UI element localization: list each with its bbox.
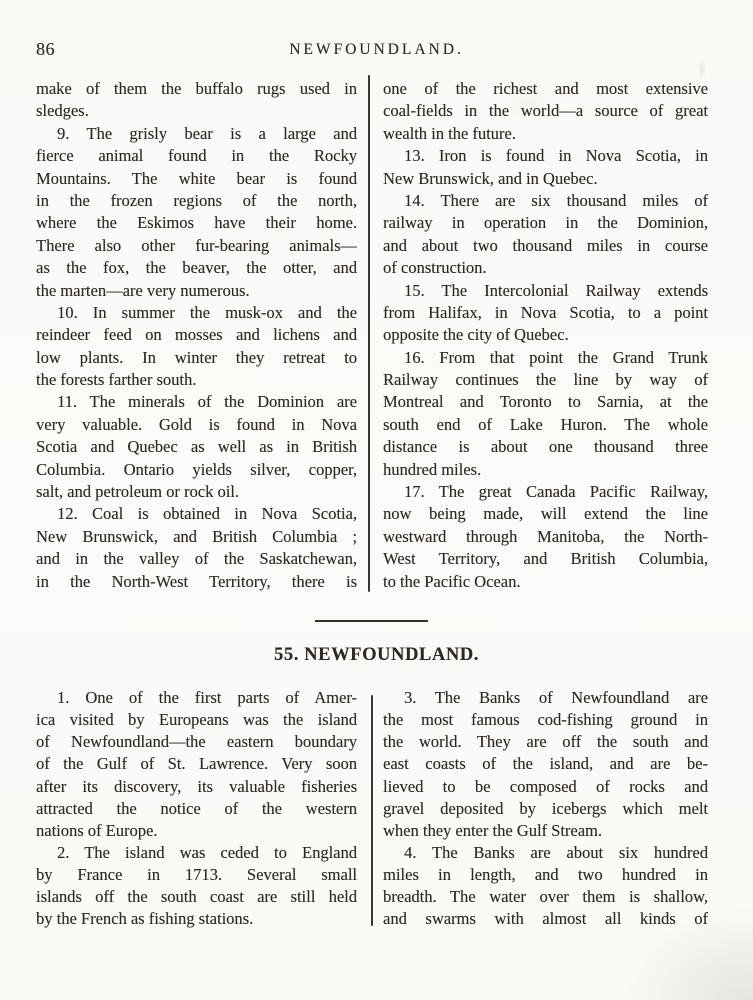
text-line: the most famous cod-fishing ground in <box>383 709 708 731</box>
text-line: 2. The island was ceded to England <box>36 842 357 864</box>
book-page: 86 NEWFOUNDLAND. make of them the buffal… <box>0 0 753 1000</box>
text-line: east coasts of the island, and are be- <box>383 753 708 775</box>
text-line: now being made, will extend the line <box>383 503 708 525</box>
column-divider-top <box>368 75 370 592</box>
text-line: Railway continues the line by way of <box>383 369 708 391</box>
text-line: of construction. <box>383 257 708 279</box>
text-line: by France in 1713. Several small <box>36 864 357 886</box>
text-line: and swarms with almost all kinds of <box>383 908 708 930</box>
text-line: There also other fur-bearing animals— <box>36 235 357 257</box>
text-line: New Brunswick, and British Columbia ; <box>36 526 357 548</box>
text-line: low plants. In winter they retreat to <box>36 347 357 369</box>
text-line: 11. The minerals of the Dominion are <box>36 391 357 413</box>
text-line: from Halifax, in Nova Scotia, to a point <box>383 302 708 324</box>
text-line: the forests farther south. <box>36 369 357 391</box>
text-line: when they enter the Gulf Stream. <box>383 820 708 842</box>
text-line: 15. The Intercolonial Railway extends <box>383 280 708 302</box>
text-line: New Brunswick, and in Quebec. <box>383 168 708 190</box>
text-line: opposite the city of Quebec. <box>383 324 708 346</box>
section-newfoundland-text: 1. One of the first parts of Amer-ica vi… <box>0 687 753 933</box>
text-line: Columbia. Ontario yields silver, copper, <box>36 459 357 481</box>
text-line: islands off the south coast are still he… <box>36 886 357 908</box>
text-line: 17. The great Canada Pacific Railway, <box>383 481 708 503</box>
text-line: 1. One of the first parts of Amer- <box>36 687 357 709</box>
text-line: miles in length, and two hundred in <box>383 864 708 886</box>
text-line: after its discovery, its valuable fisher… <box>36 776 357 798</box>
text-line: Scotia and Quebec as well as in British <box>36 436 357 458</box>
text-line: one of the richest and most extensive <box>383 78 708 100</box>
text-line: 16. From that point the Grand Trunk <box>383 347 708 369</box>
text-line: gravel deposited by icebergs which melt <box>383 798 708 820</box>
section-divider-rule <box>315 620 428 622</box>
text-line: make of them the buffalo rugs used in <box>36 78 357 100</box>
text-line: and about two thousand miles in course <box>383 235 708 257</box>
text-line: reindeer feed on mosses and lichens and <box>36 324 357 346</box>
text-line: salt, and petroleum or rock oil. <box>36 481 357 503</box>
text-line: by the French as fishing stations. <box>36 908 357 930</box>
text-line: westward through Manitoba, the North- <box>383 526 708 548</box>
section-heading: 55. NEWFOUNDLAND. <box>0 645 753 666</box>
text-line: ica visited by Europeans was the island <box>36 709 357 731</box>
text-line: of the Gulf of St. Lawrence. Very soon <box>36 753 357 775</box>
text-line: West Territory, and British Columbia, <box>383 548 708 570</box>
text-line: 4. The Banks are about six hundred <box>383 842 708 864</box>
text-line: lieved to be composed of rocks and <box>383 776 708 798</box>
text-line: wealth in the future. <box>383 123 708 145</box>
text-line: as the fox, the beaver, the otter, and <box>36 257 357 279</box>
text-line: 10. In summer the musk-ox and the <box>36 302 357 324</box>
text-line: 13. Iron is found in Nova Scotia, in <box>383 145 708 167</box>
text-line: very valuable. Gold is found in Nova <box>36 414 357 436</box>
text-line: in the frozen regions of the north, <box>36 190 357 212</box>
section-dominion-text: make of them the buffalo rugs used insle… <box>0 78 753 595</box>
text-line: Montreal and Toronto to Sarnia, at the <box>383 391 708 413</box>
text-line: 12. Coal is obtained in Nova Scotia, <box>36 503 357 525</box>
text-line: Mountains. The white bear is found <box>36 168 357 190</box>
text-line: 3. The Banks of Newfoundland are <box>383 687 708 709</box>
text-line: the marten—are very numerous. <box>36 280 357 302</box>
text-line: hundred miles. <box>383 459 708 481</box>
text-line: of Newfoundland—the eastern boundary <box>36 731 357 753</box>
top-left-column: make of them the buffalo rugs used insle… <box>36 78 357 593</box>
top-right-column: one of the richest and most extensivecoa… <box>383 78 708 593</box>
text-line: fierce animal found in the Rocky <box>36 145 357 167</box>
scan-smudge <box>697 58 707 80</box>
text-line: breadth. The water over them is shallow, <box>383 886 708 908</box>
text-line: sledges. <box>36 100 357 122</box>
column-divider-bottom <box>371 695 373 926</box>
bottom-right-column: 3. The Banks of Newfoundland arethe most… <box>383 687 708 931</box>
text-line: south end of Lake Huron. The whole <box>383 414 708 436</box>
bottom-left-column: 1. One of the first parts of Amer-ica vi… <box>36 687 357 931</box>
text-line: distance is about one thousand three <box>383 436 708 458</box>
text-line: in the North-West Territory, there is <box>36 571 357 593</box>
text-line: railway in operation in the Dominion, <box>383 212 708 234</box>
running-head: NEWFOUNDLAND. <box>0 41 753 59</box>
text-line: the world. They are off the south and <box>383 731 708 753</box>
text-line: attracted the notice of the western <box>36 798 357 820</box>
text-line: nations of Europe. <box>36 820 357 842</box>
text-line: where the Eskimos have their home. <box>36 212 357 234</box>
text-line: and in the valley of the Saskatchewan, <box>36 548 357 570</box>
text-line: 9. The grisly bear is a large and <box>36 123 357 145</box>
text-line: to the Pacific Ocean. <box>383 571 708 593</box>
text-line: 14. There are six thousand miles of <box>383 190 708 212</box>
text-line: coal-fields in the world—a source of gre… <box>383 100 708 122</box>
